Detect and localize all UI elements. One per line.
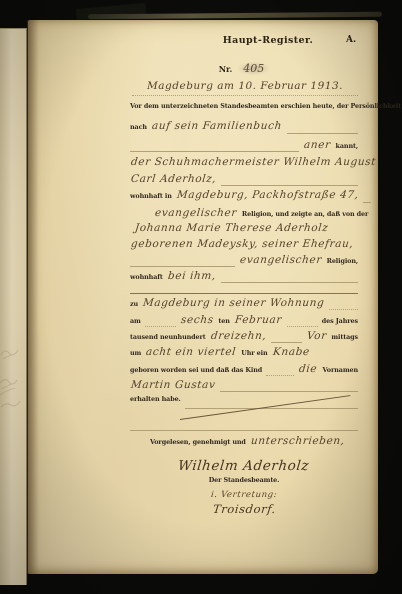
blank-rule (221, 185, 358, 186)
book-photograph: { "page": { "title": "Haupt-Register.", … (0, 0, 402, 594)
form-lines: Vor dem unterzeichneten Standesbeamten e… (128, 102, 360, 518)
bleedthrough-writing (0, 341, 26, 421)
printed-text: Uhr ein (241, 349, 267, 357)
form-line: tausend neunhundertdreizehn,Vormittags (128, 330, 360, 346)
blank-rule (287, 133, 358, 134)
printed-text: des Jahres (322, 317, 358, 325)
printed-text: Der Standesbeamte. (209, 476, 280, 484)
printed-text: wohnhaft in (130, 192, 172, 200)
handwritten-text: Wilhelm Aderholz (178, 458, 311, 474)
form-line: geboren worden sei und daß das KinddieVo… (128, 363, 360, 379)
form-line: Carl Aderholz, (128, 173, 360, 189)
record-number-label: Nr. (219, 64, 233, 74)
handwritten-text: bei ihm, (167, 270, 216, 282)
blank-rule (287, 326, 318, 327)
handwritten-text: dreizehn, (210, 330, 267, 342)
handwritten-text: aner (303, 139, 331, 151)
form-line: Vor dem unterzeichneten Standesbeamten e… (128, 102, 360, 118)
handwritten-text: Carl Aderholz, (130, 173, 217, 185)
form-line: nachauf sein Familienbuch (128, 120, 360, 136)
handwritten-text: der Schuhmachermeister Wilhelm August (130, 156, 376, 168)
record-number-line: Nr. 405 (128, 62, 360, 75)
handwritten-text: acht ein viertel (146, 346, 237, 358)
handwritten-text: unterschrieben, (250, 435, 345, 447)
form-line: geborenen Madeysky, seiner Ehefrau, (128, 238, 360, 254)
register-page: Haupt-Register. A. Nr. 405 Magdeburg am … (28, 20, 378, 574)
handwritten-text: Magdeburg, Packhofstraße 47, (176, 189, 359, 201)
printed-text: am (130, 317, 141, 325)
place-and-date-line: Magdeburg am 10. Februar 1913. (132, 80, 358, 96)
handwritten-text: auf sein Familienbuch (151, 120, 282, 132)
blank-rule (130, 151, 299, 152)
printed-text: Religion, (327, 257, 358, 265)
handwritten-text: Johanna Marie Therese Aderholz (134, 222, 329, 234)
blank-rule (130, 293, 358, 294)
printed-text: Vorgelesen, genehmigt und (150, 438, 246, 446)
handwritten-text: Magdeburg in seiner Wohnung (142, 297, 325, 309)
blank-rule (221, 282, 358, 283)
blank-rule (130, 430, 358, 431)
handwritten-text: Vor (306, 330, 327, 342)
printed-text: nach (130, 123, 147, 131)
printed-text: wohnhaft (130, 273, 163, 281)
printed-text: mittags (331, 333, 358, 341)
form-line: Vorgelesen, genehmigt undunterschrieben, (128, 435, 360, 451)
form-line: Johanna Marie Therese Aderholz (128, 222, 360, 238)
page-stack-edges (377, 16, 388, 566)
form-line: Troisdorf. (128, 502, 360, 518)
printed-text: ten (218, 317, 229, 325)
handwritten-text: i. Vertretung: (210, 490, 277, 500)
form-line: anerkannt, (128, 139, 360, 155)
record-number-value: 405 (238, 62, 269, 75)
handwritten-text: die (299, 363, 318, 375)
blank-rule (185, 408, 358, 409)
form-line: der Schuhmachermeister Wilhelm August (128, 156, 360, 172)
handwritten-text: Martin Gustav (130, 379, 216, 391)
printed-text: Religion, und zeigte an, daß von der (242, 210, 368, 218)
printed-text: Vor dem unterzeichneten Standesbeamten e… (130, 102, 401, 110)
blank-rule (266, 375, 294, 376)
blank-rule (329, 309, 358, 310)
blank-rule (363, 202, 371, 203)
form-line: zuMagdeburg in seiner Wohnung (128, 297, 360, 313)
blank-rule (145, 326, 176, 327)
handwritten-text: sechs (180, 314, 214, 326)
printed-text: kannt, (336, 142, 358, 150)
printed-text: tausend neunhundert (130, 333, 206, 341)
previous-page-edge (0, 28, 27, 585)
blank-rule (220, 391, 358, 392)
printed-text: Vornamen (323, 366, 358, 374)
form-line: evangelischerReligion, (128, 254, 360, 270)
handwritten-text: geborenen Madeysky, seiner Ehefrau, (130, 238, 354, 250)
form-line: umacht ein viertelUhr einKnabe (128, 346, 360, 362)
printed-text: um (130, 349, 141, 357)
printed-text: zu (130, 300, 138, 308)
printed-text: geboren worden sei und daß das Kind (130, 366, 262, 374)
form-line: amsechstenFebruardes Jahres (128, 314, 360, 330)
handwritten-text: evangelischer (154, 207, 237, 219)
corner-letter: A. (346, 35, 356, 45)
page-title: Haupt-Register. (186, 35, 350, 46)
handwritten-text: evangelischer (239, 254, 322, 266)
form-line: wohnhaft inMagdeburg, Packhofstraße 47, (128, 189, 360, 205)
blank-rule (271, 342, 302, 343)
form-line: Martin Gustav (128, 379, 360, 395)
blank-rule (130, 266, 235, 267)
form-line: Wilhelm Aderholz (128, 458, 360, 474)
printed-text: erhalten habe. (130, 395, 181, 403)
handwritten-text: Knabe (272, 346, 310, 358)
handwritten-text: Februar (234, 314, 282, 326)
handwritten-text: Troisdorf. (212, 502, 276, 516)
form-line (128, 418, 360, 434)
form-line: evangelischerReligion, und zeigte an, da… (128, 207, 360, 223)
